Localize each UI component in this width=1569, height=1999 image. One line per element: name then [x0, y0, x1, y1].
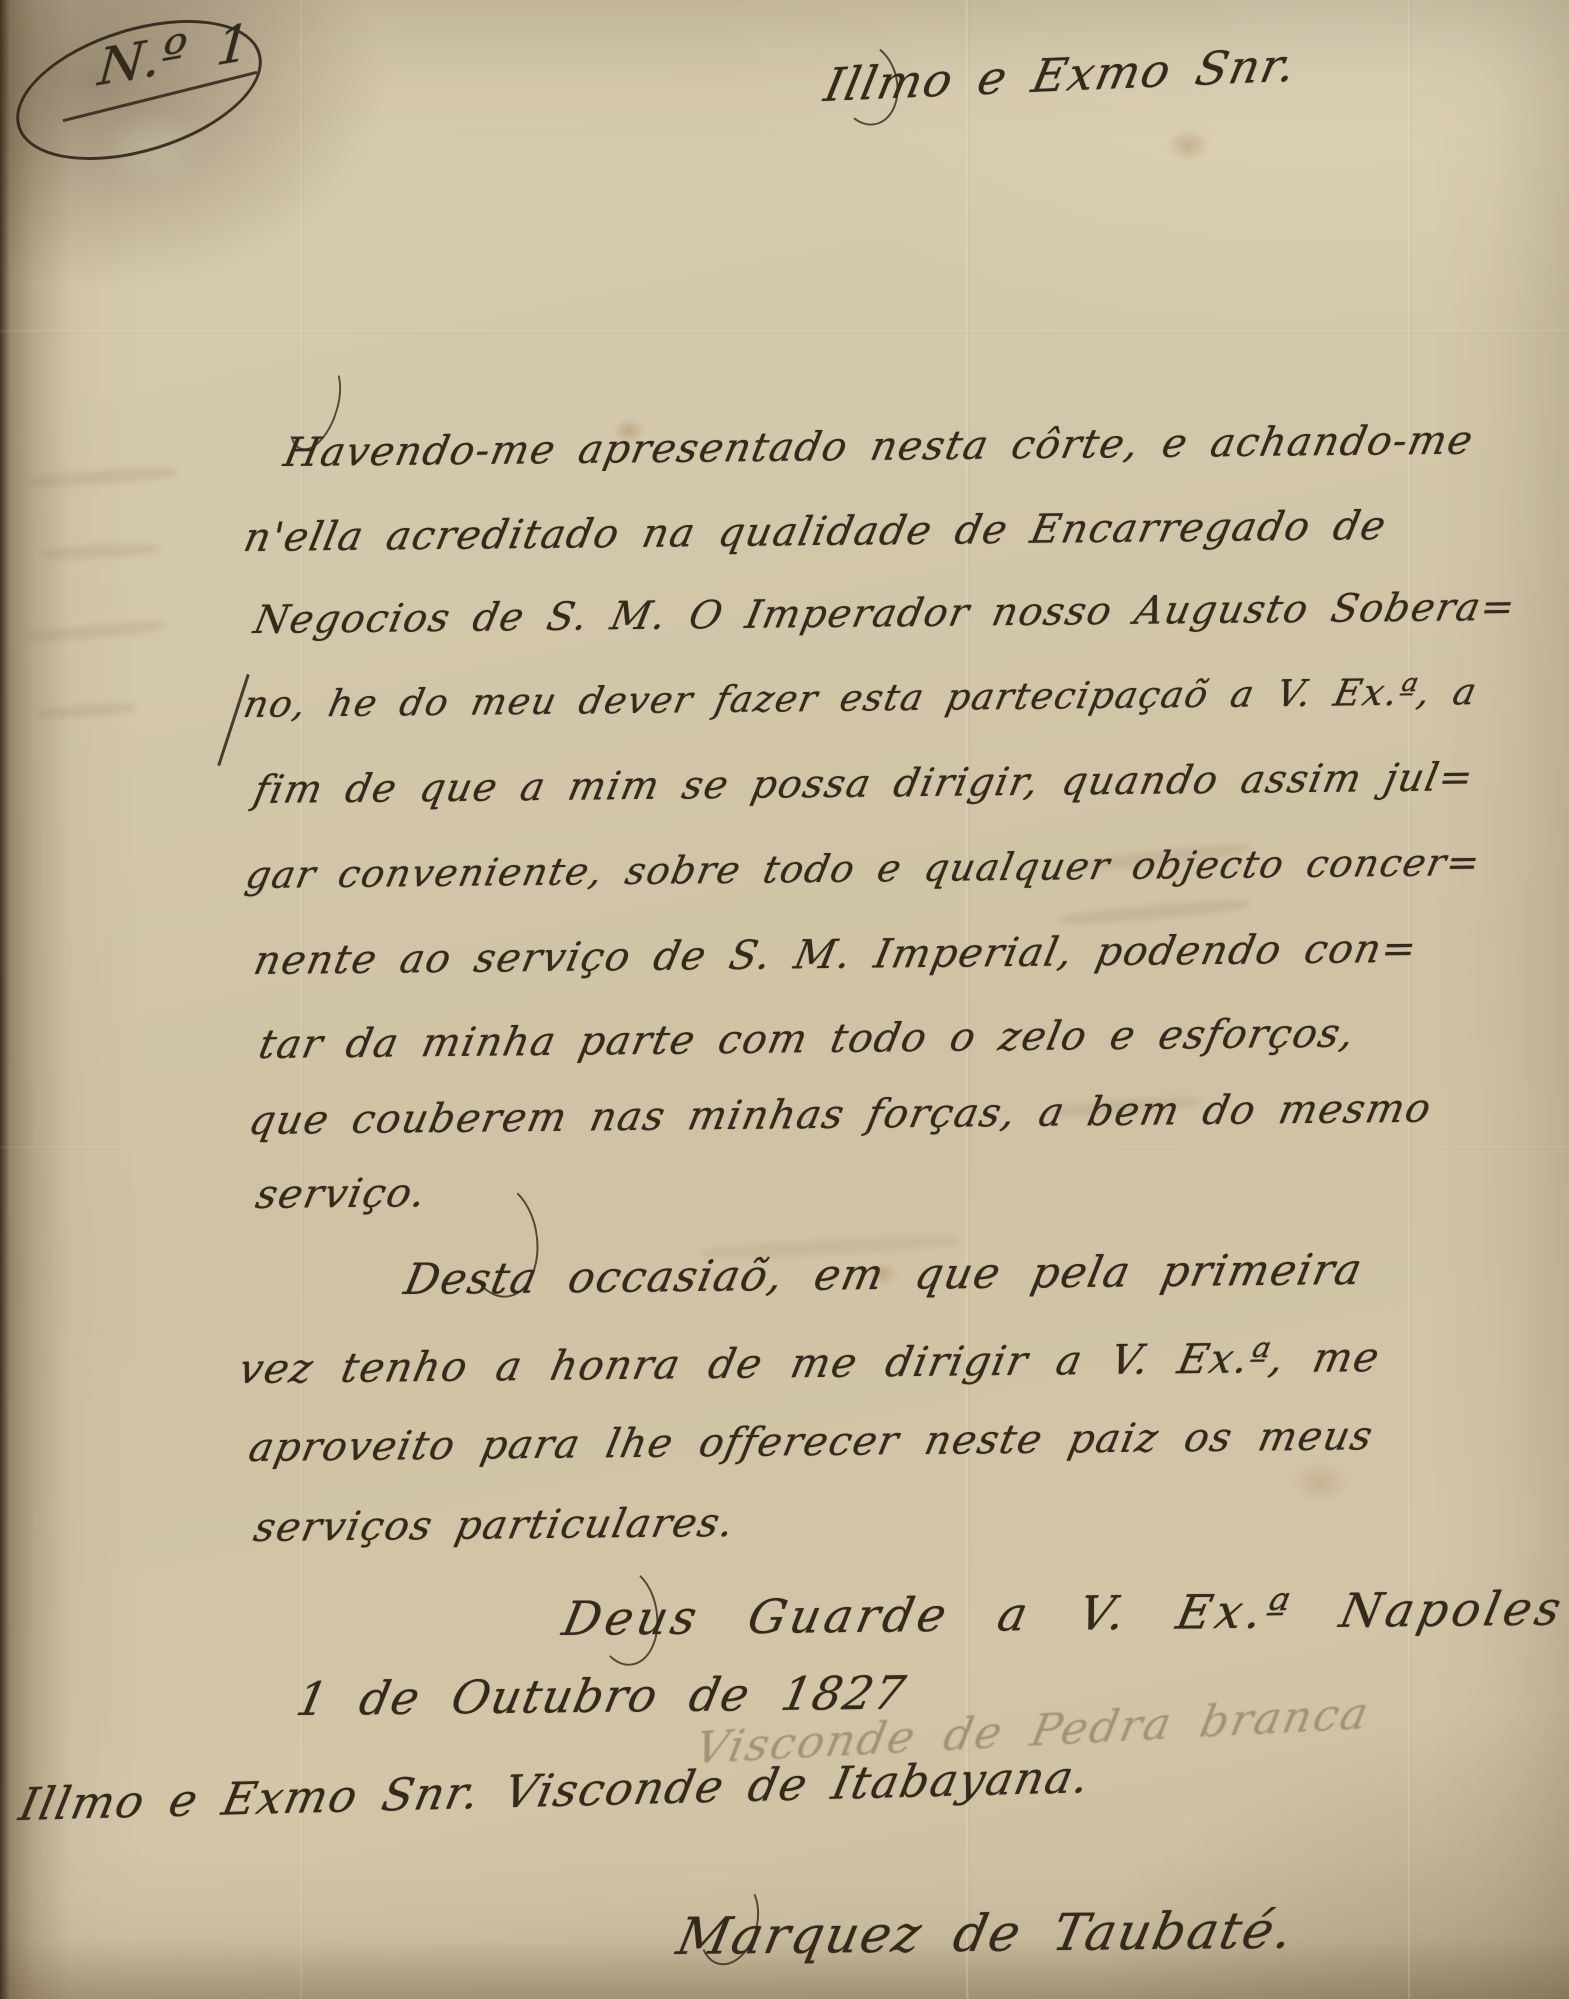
fold-crease-vertical: [1408, 0, 1412, 1999]
body-line: Negocios de S. M. O Imperador nosso Augu…: [250, 585, 1520, 643]
bleedthrough-smudge: [40, 542, 161, 561]
addressee-line: Illmo e Exmo Snr. Visconde de Itabayana.: [15, 1750, 1095, 1831]
body-line: gar conveniente, sobre todo e qualquer o…: [242, 840, 1485, 897]
body-line: aproveito para lhe offerecer neste paiz …: [245, 1413, 1378, 1471]
bleedthrough-smudge: [35, 702, 136, 721]
body-line: serviços particulares.: [250, 1500, 739, 1551]
fold-crease-horizontal: [0, 1146, 1569, 1150]
foxing-stain: [1165, 128, 1211, 162]
body-line: n'ella acreditado na qualidade de Encarr…: [240, 503, 1391, 561]
salutation-line: Illmo e Exmo Snr.: [820, 38, 1302, 112]
bleedthrough-smudge: [28, 465, 179, 489]
bleedthrough-smudge: [25, 619, 166, 644]
body-line: nente ao serviço de S. M. Imperial, pode…: [250, 926, 1422, 984]
body-line: Havendo-me apresentado nesta côrte, e ac…: [280, 418, 1478, 476]
bleedthrough-smudge: [1060, 897, 1250, 928]
closing-line: Deus Guarde a V. Ex.ª Napoles: [558, 1582, 1569, 1647]
body-line: que couberem nas minhas forças, a bem do…: [245, 1086, 1436, 1144]
body-line: tar da minha parte com todo o zelo e esf…: [255, 1011, 1360, 1068]
body-line: vez tenho a honra de me dirigir a V. Ex.…: [235, 1333, 1385, 1393]
body-line: serviço.: [252, 1170, 431, 1218]
body-line: Desta occasiaõ, em que pela primeira: [400, 1245, 1367, 1305]
signature-line: Marquez de Taubaté.: [672, 1902, 1299, 1967]
fold-crease-vertical: [966, 0, 970, 1999]
foxing-stain: [1290, 1460, 1350, 1504]
fold-crease-horizontal: [0, 330, 1569, 334]
body-line: fim de que a mim se possa dirigir, quand…: [250, 755, 1478, 813]
body-line: no, he do meu dever fazer esta partecipa…: [240, 670, 1481, 726]
manuscript-letter-page: N.º 1 Illmo e Exmo Snr. Havendo-me apres…: [0, 0, 1569, 1999]
